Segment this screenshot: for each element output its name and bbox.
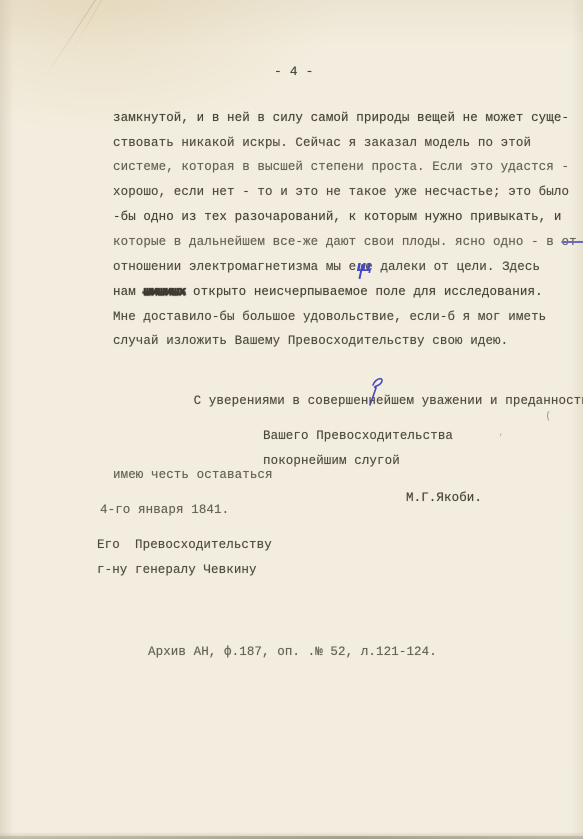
ink-insertion-mark (306, 349, 330, 385)
addressee-block: Его Превосходительству г-ну генералу Чев… (97, 533, 272, 584)
paper-crease (69, 0, 105, 56)
pencil-speck: ’ (498, 433, 503, 443)
scanned-letter-page: - 4 - замкнутой, и в ней в силу самой пр… (0, 0, 583, 839)
pen-struck-text: от- (561, 235, 583, 249)
typed-line: хорошо, если нет - то и это не такое уже… (113, 180, 579, 205)
typed-text: открыто неисчерпываемое поле для исследо… (185, 285, 542, 299)
typed-line: Мне доставило-бы большое удовольствие, е… (113, 305, 579, 330)
archive-reference: Архив АН, ф.187, оп. .№ 52, л.121-124. (148, 640, 437, 665)
typed-line: Вашего Превосходительства (263, 424, 453, 449)
typed-line: ствовать никакой искры. Сейчас я заказал… (113, 131, 579, 156)
typed-line: которые в дальнейшем все-же дают свои пл… (113, 230, 579, 255)
typed-line: покорнейшим слугой (263, 449, 453, 474)
typed-text: отношении электромагнетизма мы е (113, 260, 356, 274)
pencil-speck: ( (546, 409, 550, 422)
typed-line: замкнутой, и в ней в силу самой природы … (113, 106, 579, 131)
body-paragraph-1: замкнутой, и в ней в силу самой природы … (113, 106, 579, 354)
typed-line: нам шишишх открыто неисчерпываемое поле … (113, 280, 579, 305)
date-line: 4-го января 1841. (100, 498, 229, 523)
typed-text: которые в дальнейшем все-же дают свои пл… (113, 235, 561, 249)
ink-inserted-letter: щ (356, 255, 365, 280)
typed-line: отношении электромагнетизма мы еще далек… (113, 254, 579, 280)
typed-line: случай изложить Вашему Превосходительств… (113, 329, 579, 354)
typed-line: -бы одно из тех разочарований, к которым… (113, 205, 579, 230)
typed-line: г-ну генералу Чевкину (97, 558, 272, 583)
paper-crease (44, 0, 99, 79)
overstruck-word: шишишх (143, 285, 185, 299)
typed-line: системе, которая в высшей степени проста… (113, 155, 579, 180)
typed-text: нам (113, 285, 143, 299)
signature: М.Г.Якоби. (406, 486, 482, 511)
typed-line: Его Превосходительству (97, 533, 272, 558)
typed-text: е далеки от цели. Здесь (365, 260, 540, 274)
page-number: - 4 - (274, 60, 314, 85)
closing-block: Вашего Превосходительства покорнейшим сл… (263, 424, 453, 474)
